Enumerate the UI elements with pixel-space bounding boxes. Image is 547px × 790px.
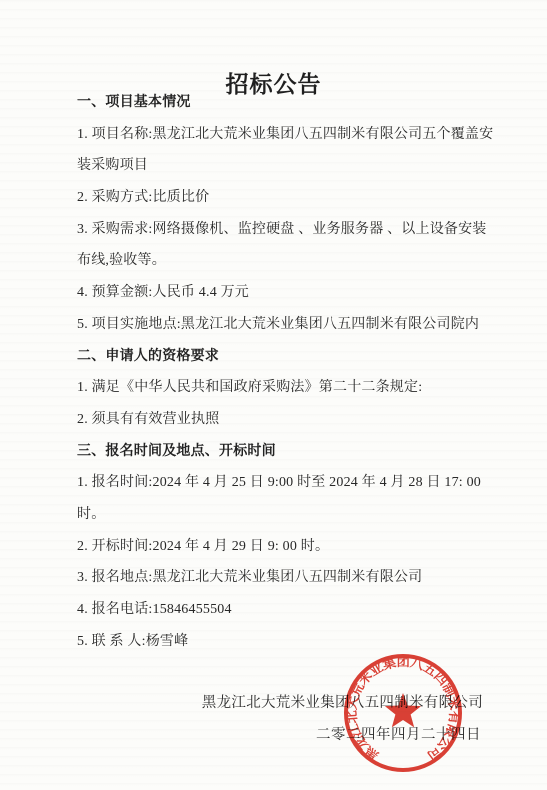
scanned-document-page: 招标公告 一、项目基本情况 1. 项目名称:黑龙江北大荒米业集团八五四制米有限公… xyxy=(0,0,547,790)
section-heading-1: 一、项目基本情况 xyxy=(77,87,517,119)
body-line-open-time: 2. 开标时间:2024 年 4 月 29 日 9: 00 时。 xyxy=(77,531,517,563)
body-line-project-name-cont: 装采购项目 xyxy=(77,150,517,182)
body-line-qualification-1: 1. 满足《中华人民共和国政府采购法》第二十二条规定: xyxy=(77,372,517,404)
body-line-qualification-2: 2. 须具有有效营业执照 xyxy=(77,404,517,436)
star-icon xyxy=(385,693,421,727)
body-line-purchase-demand-cont: 布线,验收等。 xyxy=(77,245,517,277)
section-heading-2: 二、申请人的资格要求 xyxy=(77,341,517,373)
body-line-signup-time: 1. 报名时间:2024 年 4 月 25 日 9:00 时至 2024 年 4… xyxy=(77,467,517,499)
body-line-signup-time-cont: 时。 xyxy=(77,499,517,531)
company-seal: 黑龙江北大荒米业集团八五四制米有限公司 xyxy=(338,648,468,778)
document-body: 一、项目基本情况 1. 项目名称:黑龙江北大荒米业集团八五四制米有限公司五个覆盖… xyxy=(77,87,517,657)
body-line-signup-phone: 4. 报名电话:15846455504 xyxy=(77,594,517,626)
body-line-budget: 4. 预算金额:人民币 4.4 万元 xyxy=(77,277,517,309)
body-line-project-name: 1. 项目名称:黑龙江北大荒米业集团八五四制米有限公司五个覆盖安 xyxy=(77,119,517,151)
body-line-purchase-demand: 3. 采购需求:网络摄像机、监控硬盘 、业务服务器 、以上设备安装 xyxy=(77,214,517,246)
body-line-signup-place: 3. 报名地点:黑龙江北大荒米业集团八五四制米有限公司 xyxy=(77,562,517,594)
body-line-purchase-method: 2. 采购方式:比质比价 xyxy=(77,182,517,214)
section-heading-3: 三、报名时间及地点、开标时间 xyxy=(77,436,517,468)
body-line-location: 5. 项目实施地点:黑龙江北大荒米业集团八五四制米有限公司院内 xyxy=(77,309,517,341)
